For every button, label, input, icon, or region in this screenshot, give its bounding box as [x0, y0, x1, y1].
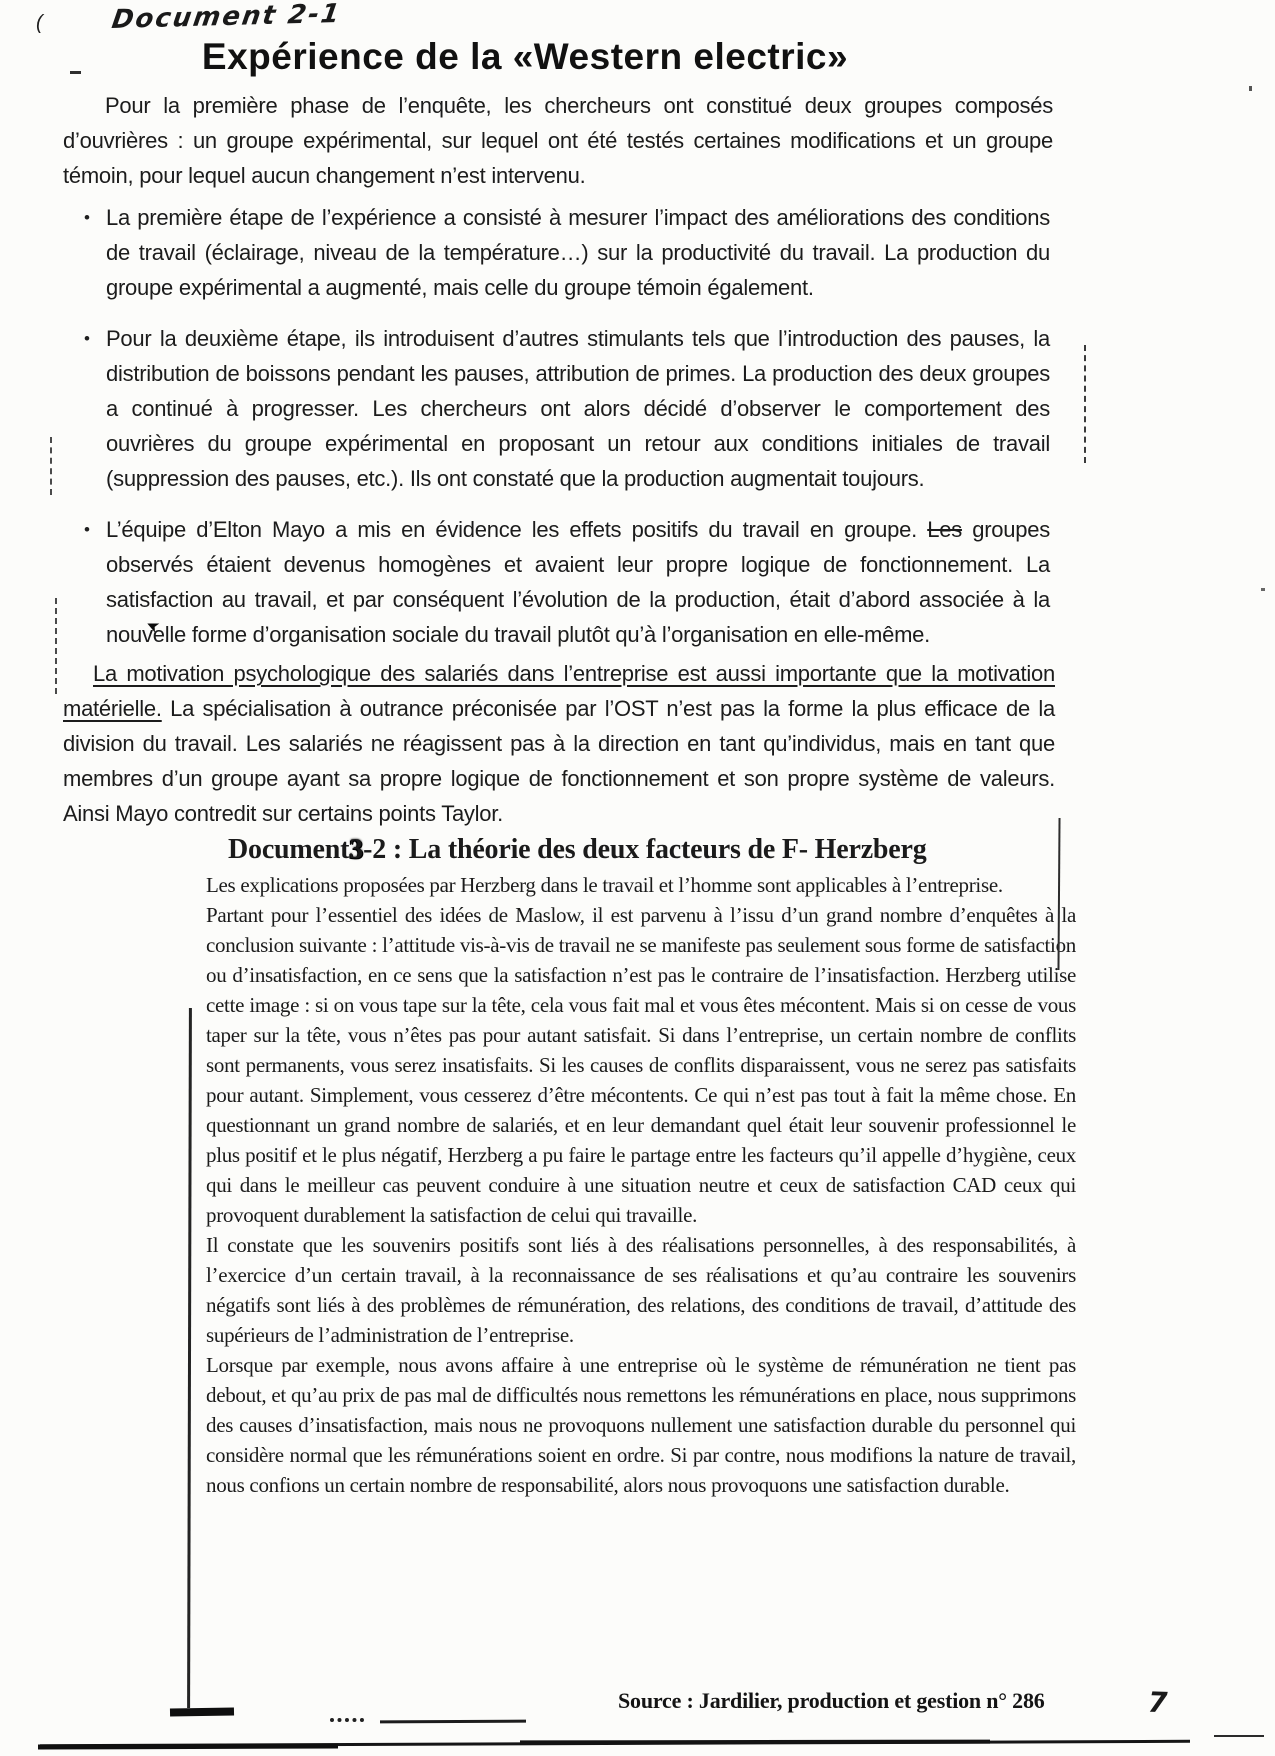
closing-paragraph: La motivation psychologique des salariés…: [63, 656, 1055, 831]
doc2-paragraph: Partant pour l’essentiel des idées de Ma…: [206, 900, 1076, 1230]
handwritten-note: Document 2-1: [110, 0, 343, 35]
margin-dashed-rule-right: [1084, 345, 1086, 463]
bullet-marker: •: [84, 512, 106, 652]
bullet-marker: •: [84, 321, 106, 496]
source-line: Source : Jardilier, production et gestio…: [618, 1688, 1045, 1714]
bullet-text: Pour la deuxième étape, ils introduisent…: [106, 321, 1050, 496]
scan-stray-mark: (: [36, 12, 43, 35]
bullet-text: La première étape de l’expérience a cons…: [106, 200, 1050, 305]
scanned-document-page: Document 2-1 ( Expérience de la «Western…: [0, 0, 1275, 1756]
bullet-item: • La première étape de l’expérience a co…: [84, 200, 1050, 305]
closing-text-rest: La spécialisation à outrance préconisée …: [63, 696, 1055, 826]
doc2-heading-overwritten-digit: 3: [349, 834, 363, 865]
page-title: Expérience de la «Western electric»: [0, 36, 1050, 78]
pen-vertical-rule: [187, 1008, 192, 1708]
bullet-item: • L’équipe d’Elton Mayo a mis en évidenc…: [84, 512, 1050, 652]
page-number: 7: [1147, 1686, 1168, 1720]
strikethrough-word: Les: [927, 517, 962, 542]
scan-line-bottom-right: [1214, 1735, 1264, 1737]
doc2-section: Document3-2 : La théorie des deux facteu…: [206, 834, 1076, 1500]
doc2-heading: Document3-2 : La théorie des deux facteu…: [228, 834, 1076, 866]
margin-dashed-rule-left: [55, 598, 57, 694]
margin-dashed-rule-left: [50, 437, 52, 495]
doc2-paragraph: Lorsque par exemple, nous avons affaire …: [206, 1350, 1076, 1500]
scan-line: [380, 1720, 526, 1724]
scan-speck: [1249, 86, 1252, 91]
bullet-marker: •: [84, 200, 106, 305]
bullet-item: • Pour la deuxième étape, ils introduise…: [84, 321, 1050, 496]
bullet-text: L’équipe d’Elton Mayo a mis en évidence …: [106, 512, 1050, 652]
scan-dash-mark: [70, 71, 81, 74]
doc2-heading-title: -2 : La théorie des deux facteurs de F- …: [363, 834, 926, 865]
doc2-paragraph: Les explications proposées par Herzberg …: [206, 870, 1076, 900]
pen-rule-foot-mark: [170, 1707, 234, 1716]
scan-line-bottom-mid: [520, 1740, 990, 1745]
intro-paragraph: Pour la première phase de l’enquête, les…: [63, 88, 1053, 193]
bullet-list: • La première étape de l’expérience a co…: [84, 200, 1050, 668]
doc2-heading-prefix: Document: [228, 834, 349, 865]
doc2-paragraph: Il constate que les souvenirs positifs s…: [206, 1230, 1076, 1350]
bullet-text-part: L’équipe d’Elton Mayo a mis en évidence …: [106, 517, 927, 542]
scan-line-bottom-thick: [38, 1743, 338, 1749]
scan-speck: [1261, 588, 1265, 591]
scan-dots: [330, 1718, 364, 1722]
